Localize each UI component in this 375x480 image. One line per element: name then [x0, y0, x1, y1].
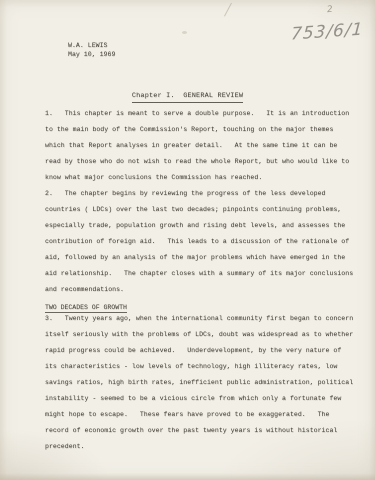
- paragraph-line: 2. The chapter begins by reviewing the p…: [45, 186, 351, 202]
- paragraph-line: aid, followed by an analysis of the majo…: [45, 250, 351, 266]
- paragraph-line: contribution of foreign aid. This leads …: [45, 234, 351, 250]
- paragraph-line: rapid progress could be achieved. Underd…: [45, 343, 351, 359]
- paragraph-line: precedent.: [45, 439, 351, 455]
- document-date: May 10, 1969: [68, 50, 115, 59]
- paragraph-line: countries ( LDCs) over the last two deca…: [45, 202, 351, 218]
- author-name: W.A. LEWIS: [68, 41, 115, 50]
- paragraph-line: read by those who do not wish to read th…: [45, 154, 351, 170]
- paragraph-line: might hope to escape. These fears have p…: [45, 407, 351, 423]
- paragraph-line: savings ratios, high birth rates, ineffi…: [45, 375, 351, 391]
- paragraph-line: itself seriously with the problems of LD…: [45, 327, 351, 343]
- author-block: W.A. LEWIS May 10, 1969: [68, 41, 115, 59]
- paragraph-line: especially trade, population growth and …: [45, 218, 351, 234]
- paragraph-line: to the main body of the Commission's Rep…: [45, 122, 351, 138]
- paragraph-line: record of economic growth over the past …: [45, 423, 351, 439]
- paragraph-line: instability - seemed to be a vicious cir…: [45, 391, 351, 407]
- paragraph-line: 3. Twenty years ago, when the internatio…: [45, 311, 351, 327]
- paragraph-line: its characteristics - low levels of tech…: [45, 359, 351, 375]
- paragraph-2: 2. The chapter begins by reviewing the p…: [45, 186, 351, 298]
- pencil-slash-mark: [224, 3, 239, 20]
- paragraph-3: 3. Twenty years ago, when the internatio…: [45, 311, 351, 455]
- paragraph-line: aid relationship. The chapter closes wit…: [45, 266, 351, 282]
- paper-smudge: [182, 31, 187, 34]
- handwritten-file-number: 753/6/1: [290, 19, 364, 44]
- paragraph-line: which that Report analyses in greater de…: [45, 138, 351, 154]
- paragraph-line: know what major conclusions the Commissi…: [45, 170, 351, 186]
- paragraph-1: 1. This chapter is meant to serve a doub…: [45, 106, 351, 186]
- handwritten-corner-mark: 2: [326, 5, 333, 16]
- paragraph-line: 1. This chapter is meant to serve a doub…: [45, 106, 351, 122]
- title-row: Chapter I. GENERAL REVIEW: [0, 84, 375, 103]
- chapter-title: Chapter I. GENERAL REVIEW: [132, 92, 243, 103]
- document-page: 2 753/6/1 W.A. LEWIS May 10, 1969 Chapte…: [0, 0, 375, 480]
